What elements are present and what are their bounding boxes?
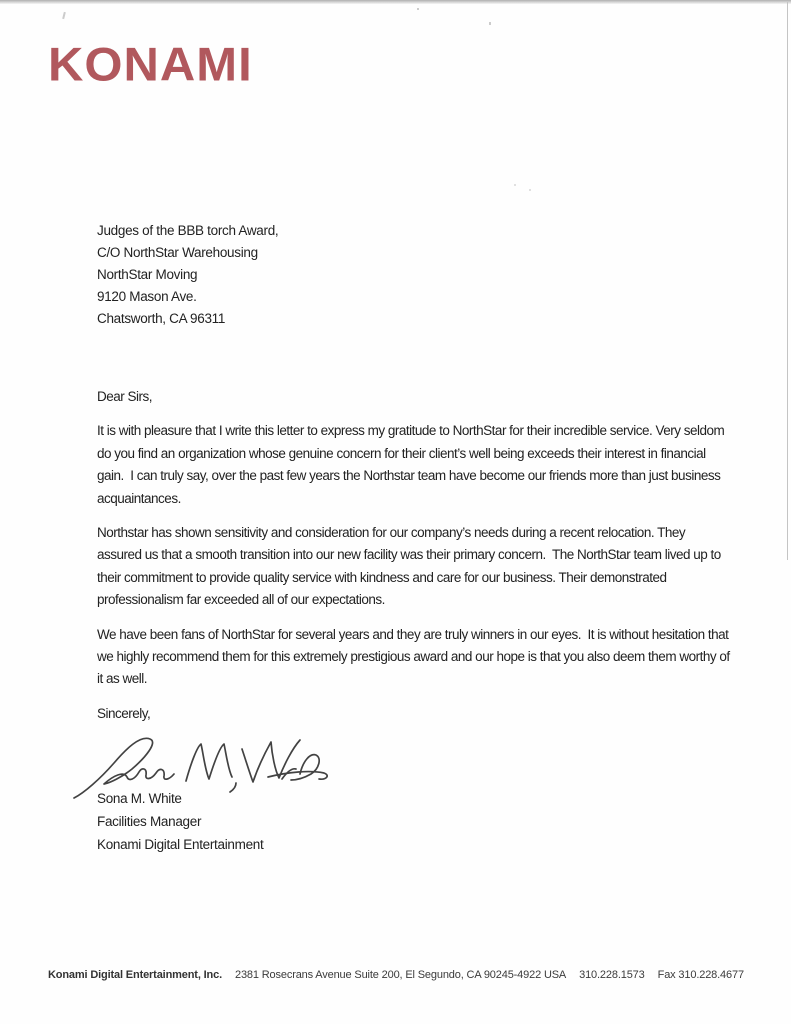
footer-phone: 310.228.1573 <box>579 969 645 981</box>
recipient-line: NorthStar Moving <box>97 264 278 286</box>
scan-line-artifact <box>787 2 788 560</box>
scan-edge-artifact <box>0 0 791 4</box>
signer-title: Facilities Manager <box>97 810 263 833</box>
konami-logo: KONAMI <box>48 38 253 92</box>
scan-speck <box>489 22 491 25</box>
letter-page: KONAMI Judges of the BBB torch Award, C/… <box>0 0 791 1024</box>
footer-fax: Fax 310.228.4677 <box>658 969 744 981</box>
letter-body: Dear Sirs, It is with pleasure that I wr… <box>97 386 732 737</box>
signer-company: Konami Digital Entertainment <box>97 833 263 856</box>
paragraph: Northstar has shown sensitivity and cons… <box>97 522 732 612</box>
signer-name: Sona M. White <box>97 787 263 810</box>
paragraph: We have been fans of NorthStar for sever… <box>97 624 732 691</box>
scan-speck <box>529 189 531 191</box>
recipient-address: Judges of the BBB torch Award, C/O North… <box>97 220 278 330</box>
footer-address: 2381 Rosecrans Avenue Suite 200, El Segu… <box>235 969 566 981</box>
recipient-line: Judges of the BBB torch Award, <box>97 220 278 242</box>
footer-company: Konami Digital Entertainment, Inc. <box>48 969 222 981</box>
salutation: Dear Sirs, <box>97 386 732 408</box>
scan-speck <box>417 8 419 10</box>
closing: Sincerely, <box>97 703 732 725</box>
signer-block: Sona M. White Facilities Manager Konami … <box>97 787 263 856</box>
scan-speck <box>514 184 516 186</box>
recipient-line: C/O NorthStar Warehousing <box>97 242 278 264</box>
paragraph: It is with pleasure that I write this le… <box>97 420 732 510</box>
recipient-line: Chatsworth, CA 96311 <box>97 308 278 330</box>
recipient-line: 9120 Mason Ave. <box>97 286 278 308</box>
scan-speck <box>62 12 66 19</box>
letterhead-footer: Konami Digital Entertainment, Inc. 2381 … <box>48 969 778 981</box>
